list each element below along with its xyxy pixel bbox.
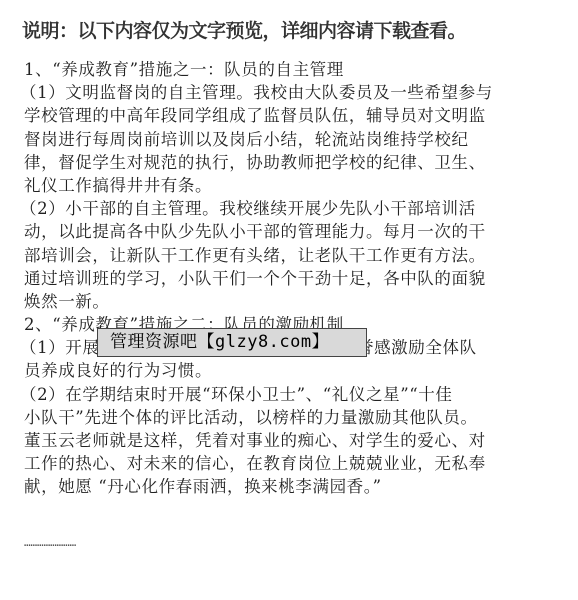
truncation-ellipsis: …………………… [24,536,76,549]
paragraph-line: 动，以此提高各中队少先队小干部的管理能力。每月一次的干 [24,220,564,243]
preview-notice: 说明：以下内容仅为文字预览，详细内容请下载查看。 [22,16,466,43]
paragraph-line: 学校管理的中高年段同学组成了监督员队伍，辅导员对文明监 [24,104,564,127]
watermark-banner: 管理资源吧【glzy8.com】 [97,328,367,357]
paragraph-line: 部培训会，让新队干工作更有头绪，让老队干工作更有方法。 [24,244,564,267]
paragraph-line: 董玉云老师就是这样，凭着对事业的痴心、对学生的爱心、对 [24,429,564,452]
paragraph-line: 通过培训班的学习，小队干们一个个干劲十足，各中队的面貌 [24,267,564,290]
paragraph-line: 律，督促学生对规范的执行，协助教师把学校的纪律、卫生、 [24,151,564,174]
paragraph-line: 工作的热心、对未来的信心，在教育岗位上兢兢业业，无私奉 [24,452,564,475]
paragraph-line: 员养成良好的行为习惯。 [24,359,564,382]
paragraph-line: 小队干”先进个体的评比活动，以榜样的力量激励其他队员。 [24,406,564,429]
paragraph-line: 献，她愿 “丹心化作春雨洒，换来桃李满园香。” [24,475,564,498]
section-heading-1: 1、“养成教育”措施之一：队员的自主管理 [24,58,564,81]
paragraph-line: 礼仪工作搞得井井有条。 [24,174,564,197]
document-body: 1、“养成教育”措施之一：队员的自主管理 （1）文明监督岗的自主管理。我校由大队… [24,58,564,499]
paragraph-line: 督岗进行每周岗前培训以及岗后小结，轮流站岗维持学校纪 [24,128,564,151]
paragraph-line: （2）在学期结束时开展“环保小卫士”、“礼仪之星”“十佳 [20,383,564,406]
paragraph-line: 焕然一新。 [24,290,564,313]
paragraph-line: （1）文明监督岗的自主管理。我校由大队委员及一些希望参与 [20,81,564,104]
paragraph-line: （2）小干部的自主管理。我校继续开展少先队小干部培训活 [20,197,564,220]
